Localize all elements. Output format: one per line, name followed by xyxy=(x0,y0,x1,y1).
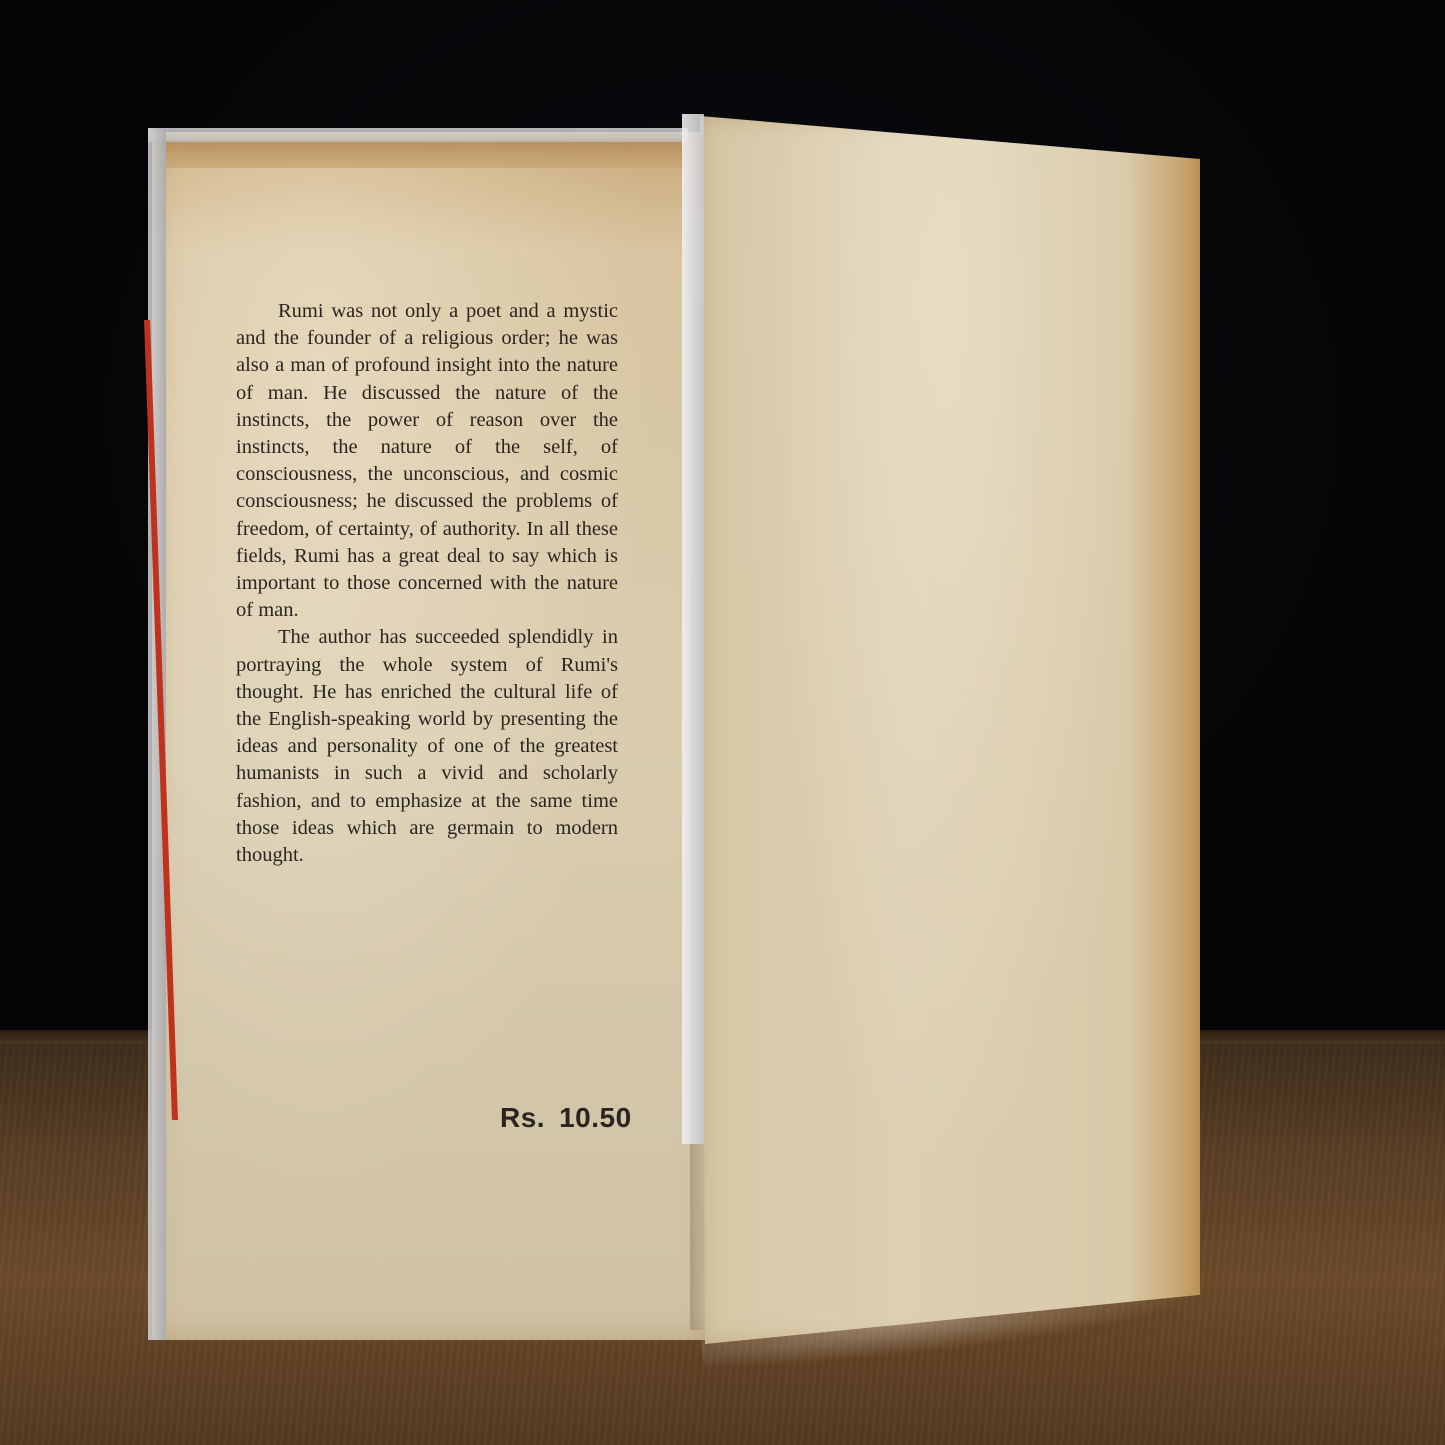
blurb-paragraph-1: Rumi was not only a poet and a mystic an… xyxy=(236,298,618,624)
mylar-protector-top xyxy=(148,128,688,142)
front-flap-folded xyxy=(700,116,1200,1344)
mylar-protector-fold xyxy=(682,114,704,1144)
blurb-paragraph-2: The author has succeeded splendidly in p… xyxy=(236,624,618,869)
price-label: Rs.10.50 xyxy=(500,1102,632,1134)
worn-top-edge xyxy=(166,140,686,168)
jacket-blurb: Rumi was not only a poet and a mystic an… xyxy=(236,298,618,869)
price-amount: 10.50 xyxy=(559,1102,632,1133)
price-currency: Rs. xyxy=(500,1102,545,1133)
